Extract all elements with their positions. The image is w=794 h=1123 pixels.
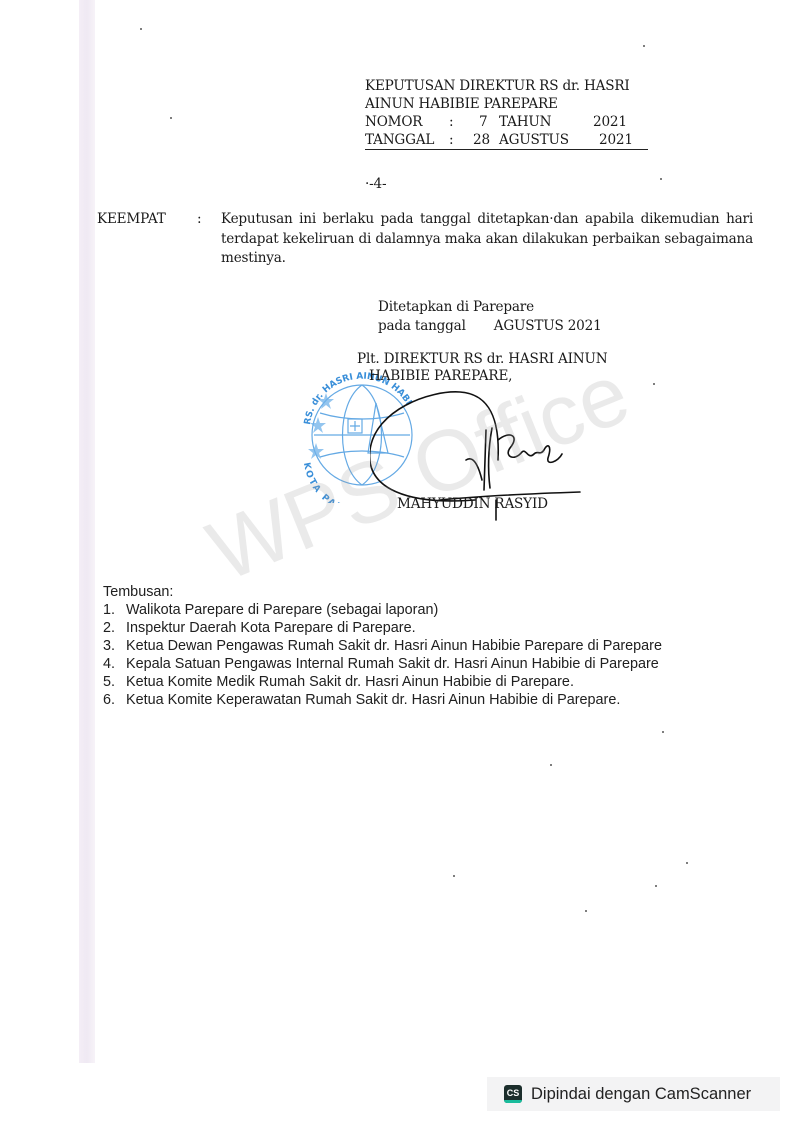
tanggal-colon: : [449, 131, 473, 149]
list-item: 5.Ketua Komite Medik Rumah Sakit dr. Has… [103, 673, 676, 691]
decree-number-row: NOMOR:7TAHUN2021 [365, 113, 648, 131]
decree-title-line-1: KEPUTUSAN DIREKTUR RS dr. HASRI [365, 77, 648, 95]
camscanner-badge: CS Dipindai dengan CamScanner [487, 1077, 780, 1111]
camscanner-label: Dipindai dengan CamScanner [531, 1085, 751, 1104]
nomor-colon: : [449, 113, 479, 131]
tembusan-heading: Tembusan: [103, 583, 686, 601]
clause-colon: : [197, 210, 201, 230]
tanggal-year: 2021 [599, 132, 633, 148]
tanggal-month: AGUSTUS [499, 131, 599, 149]
signatory-name: MAHYUDDIN RASYID [397, 496, 548, 512]
page-number: ·-4- [365, 176, 386, 192]
enactment-date-label: pada tanggal [378, 318, 466, 334]
enactment-date-value: AGUSTUS 2021 [494, 318, 602, 334]
signatory-title-line-1: Plt. DIREKTUR RS dr. HASRI AINUN [357, 351, 607, 368]
list-item: 4.Kepala Satuan Pengawas Internal Rumah … [103, 655, 661, 673]
list-item: 3.Ketua Dewan Pengawas Rumah Sakit dr. H… [103, 637, 686, 655]
tembusan-section: Tembusan: 1.Walikota Parepare di Parepar… [103, 583, 686, 709]
tanggal-day: 28 [473, 131, 499, 149]
tanggal-label: TANGGAL [365, 131, 449, 149]
tembusan-list: 1.Walikota Parepare di Parepare (sebagai… [103, 601, 686, 709]
list-item: 6.Ketua Komite Keperawatan Rumah Sakit d… [103, 691, 651, 709]
scan-edge-shadow [79, 0, 95, 1063]
enactment-date-row: pada tanggalAGUSTUS 2021 [378, 317, 602, 336]
clause-text: Keputusan ini berlaku pada tanggal ditet… [221, 210, 753, 269]
enactment-place: Ditetapkan di Parepare [378, 298, 602, 317]
camscanner-logo-icon: CS [504, 1085, 522, 1103]
enactment-block: Ditetapkan di Parepare pada tanggalAGUST… [378, 298, 602, 336]
decree-date-row: TANGGAL:28AGUSTUS2021 [365, 131, 648, 150]
nomor-year: 2021 [593, 114, 627, 130]
list-item: 2.Inspektur Daerah Kota Parepare di Pare… [103, 619, 676, 637]
nomor-label: NOMOR [365, 113, 449, 131]
list-item: 1.Walikota Parepare di Parepare (sebagai… [103, 601, 676, 619]
nomor-unit: TAHUN [499, 113, 593, 131]
nomor-value: 7 [479, 113, 499, 131]
decree-header: KEPUTUSAN DIREKTUR RS dr. HASRI AINUN HA… [365, 77, 648, 150]
clause-label: KEEMPAT [97, 210, 166, 230]
decree-title-line-2: AINUN HABIBIE PAREPARE [365, 95, 648, 113]
